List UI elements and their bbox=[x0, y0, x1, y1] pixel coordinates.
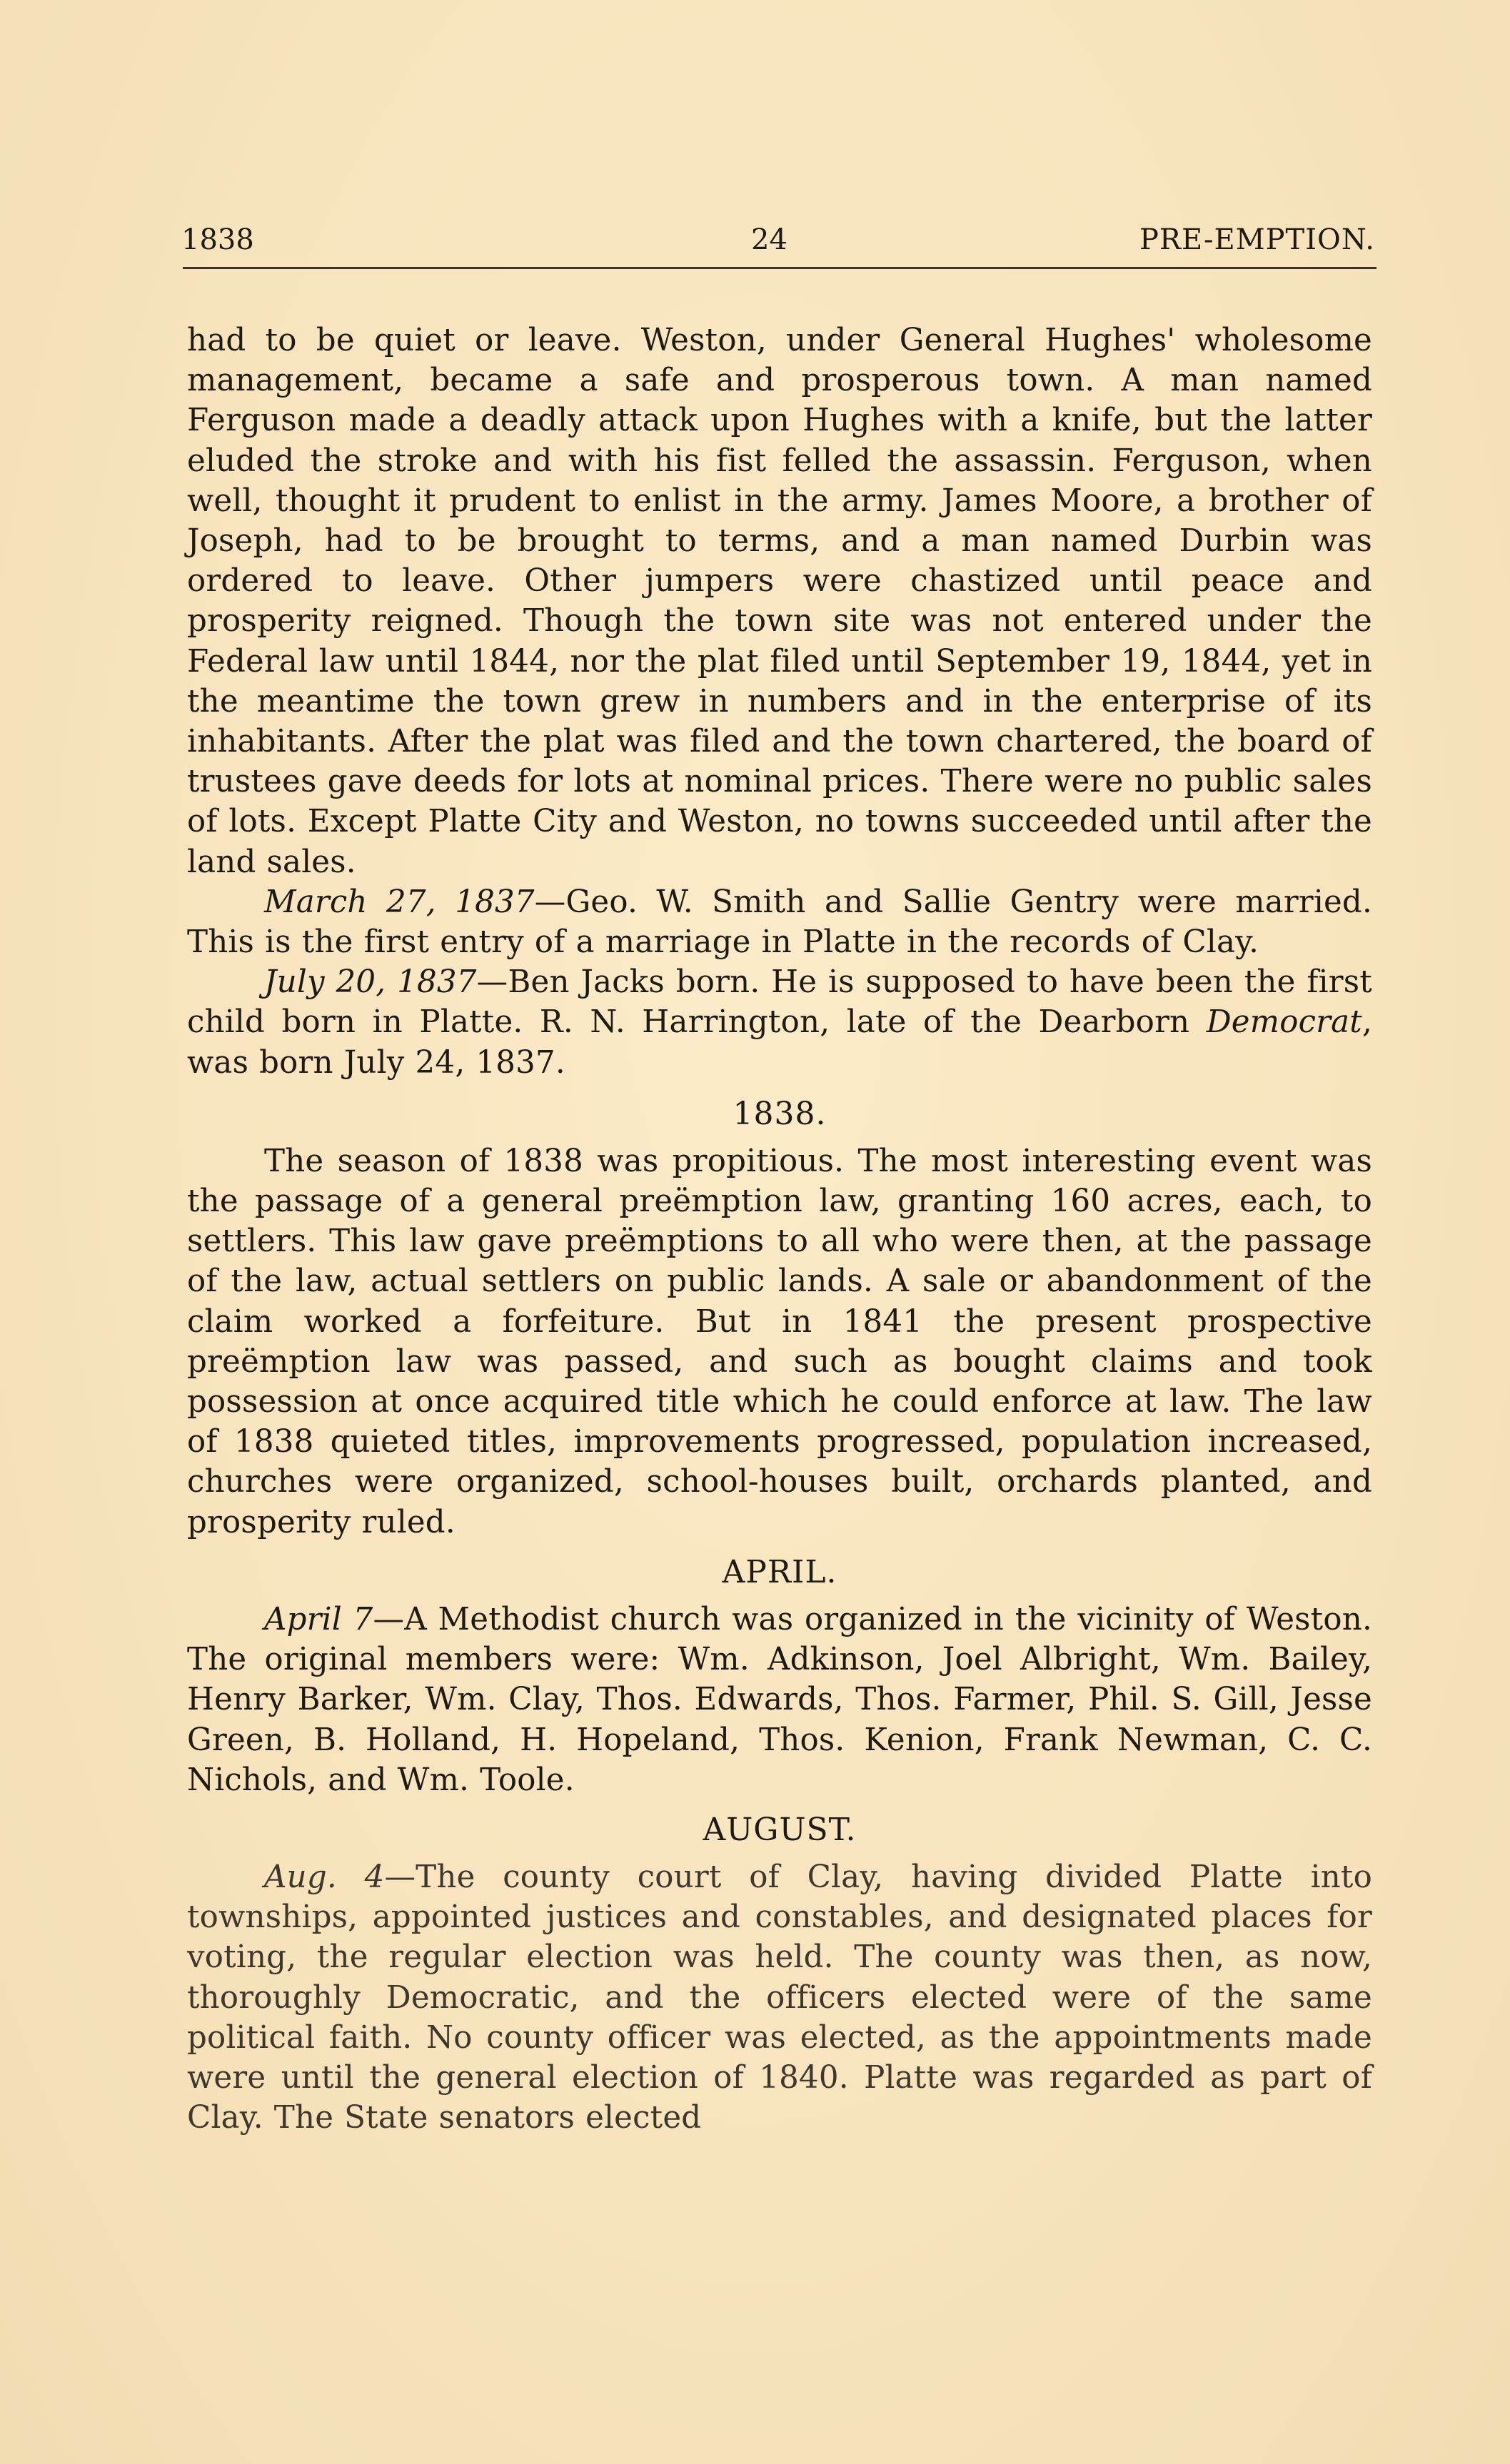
body-text: had to be quiet or leave. Weston, under … bbox=[187, 320, 1372, 2138]
paragraph-1838: The season of 1838 was propitious. The m… bbox=[187, 1141, 1372, 1542]
entry-date: March 27, 1837 bbox=[264, 884, 535, 920]
running-head-year: 1838 bbox=[181, 220, 254, 260]
running-head-title: PRE-EMPTION. bbox=[1139, 220, 1375, 260]
header-rule bbox=[183, 267, 1376, 269]
entry-date: July 20, 1837 bbox=[264, 964, 477, 1000]
section-heading-april: APRIL. bbox=[187, 1552, 1372, 1592]
page-number: 24 bbox=[751, 220, 787, 260]
intro-paragraph: had to be quiet or leave. Weston, under … bbox=[187, 320, 1372, 882]
newspaper-title: Democrat bbox=[1207, 1004, 1362, 1040]
section-heading-1838: 1838. bbox=[187, 1094, 1372, 1134]
entry-text: —The county court of Clay, having divide… bbox=[187, 1859, 1372, 2136]
book-page: 1838 24 PRE-EMPTION. had to be quiet or … bbox=[187, 214, 1372, 2138]
entry-april-7: April 7—A Methodist church was organized… bbox=[187, 1600, 1372, 1800]
entry-date: April 7 bbox=[264, 1602, 373, 1637]
section-heading-august: AUGUST. bbox=[187, 1810, 1372, 1850]
entry-aug-4: Aug. 4—The county court of Clay, having … bbox=[187, 1857, 1372, 2138]
entry-july-20-1837: July 20, 1837—Ben Jacks born. He is supp… bbox=[187, 962, 1372, 1083]
running-head: 1838 24 PRE-EMPTION. bbox=[187, 214, 1372, 254]
entry-date: Aug. 4 bbox=[264, 1859, 384, 1895]
entry-march-27-1837: March 27, 1837—Geo. W. Smith and Sallie … bbox=[187, 882, 1372, 962]
